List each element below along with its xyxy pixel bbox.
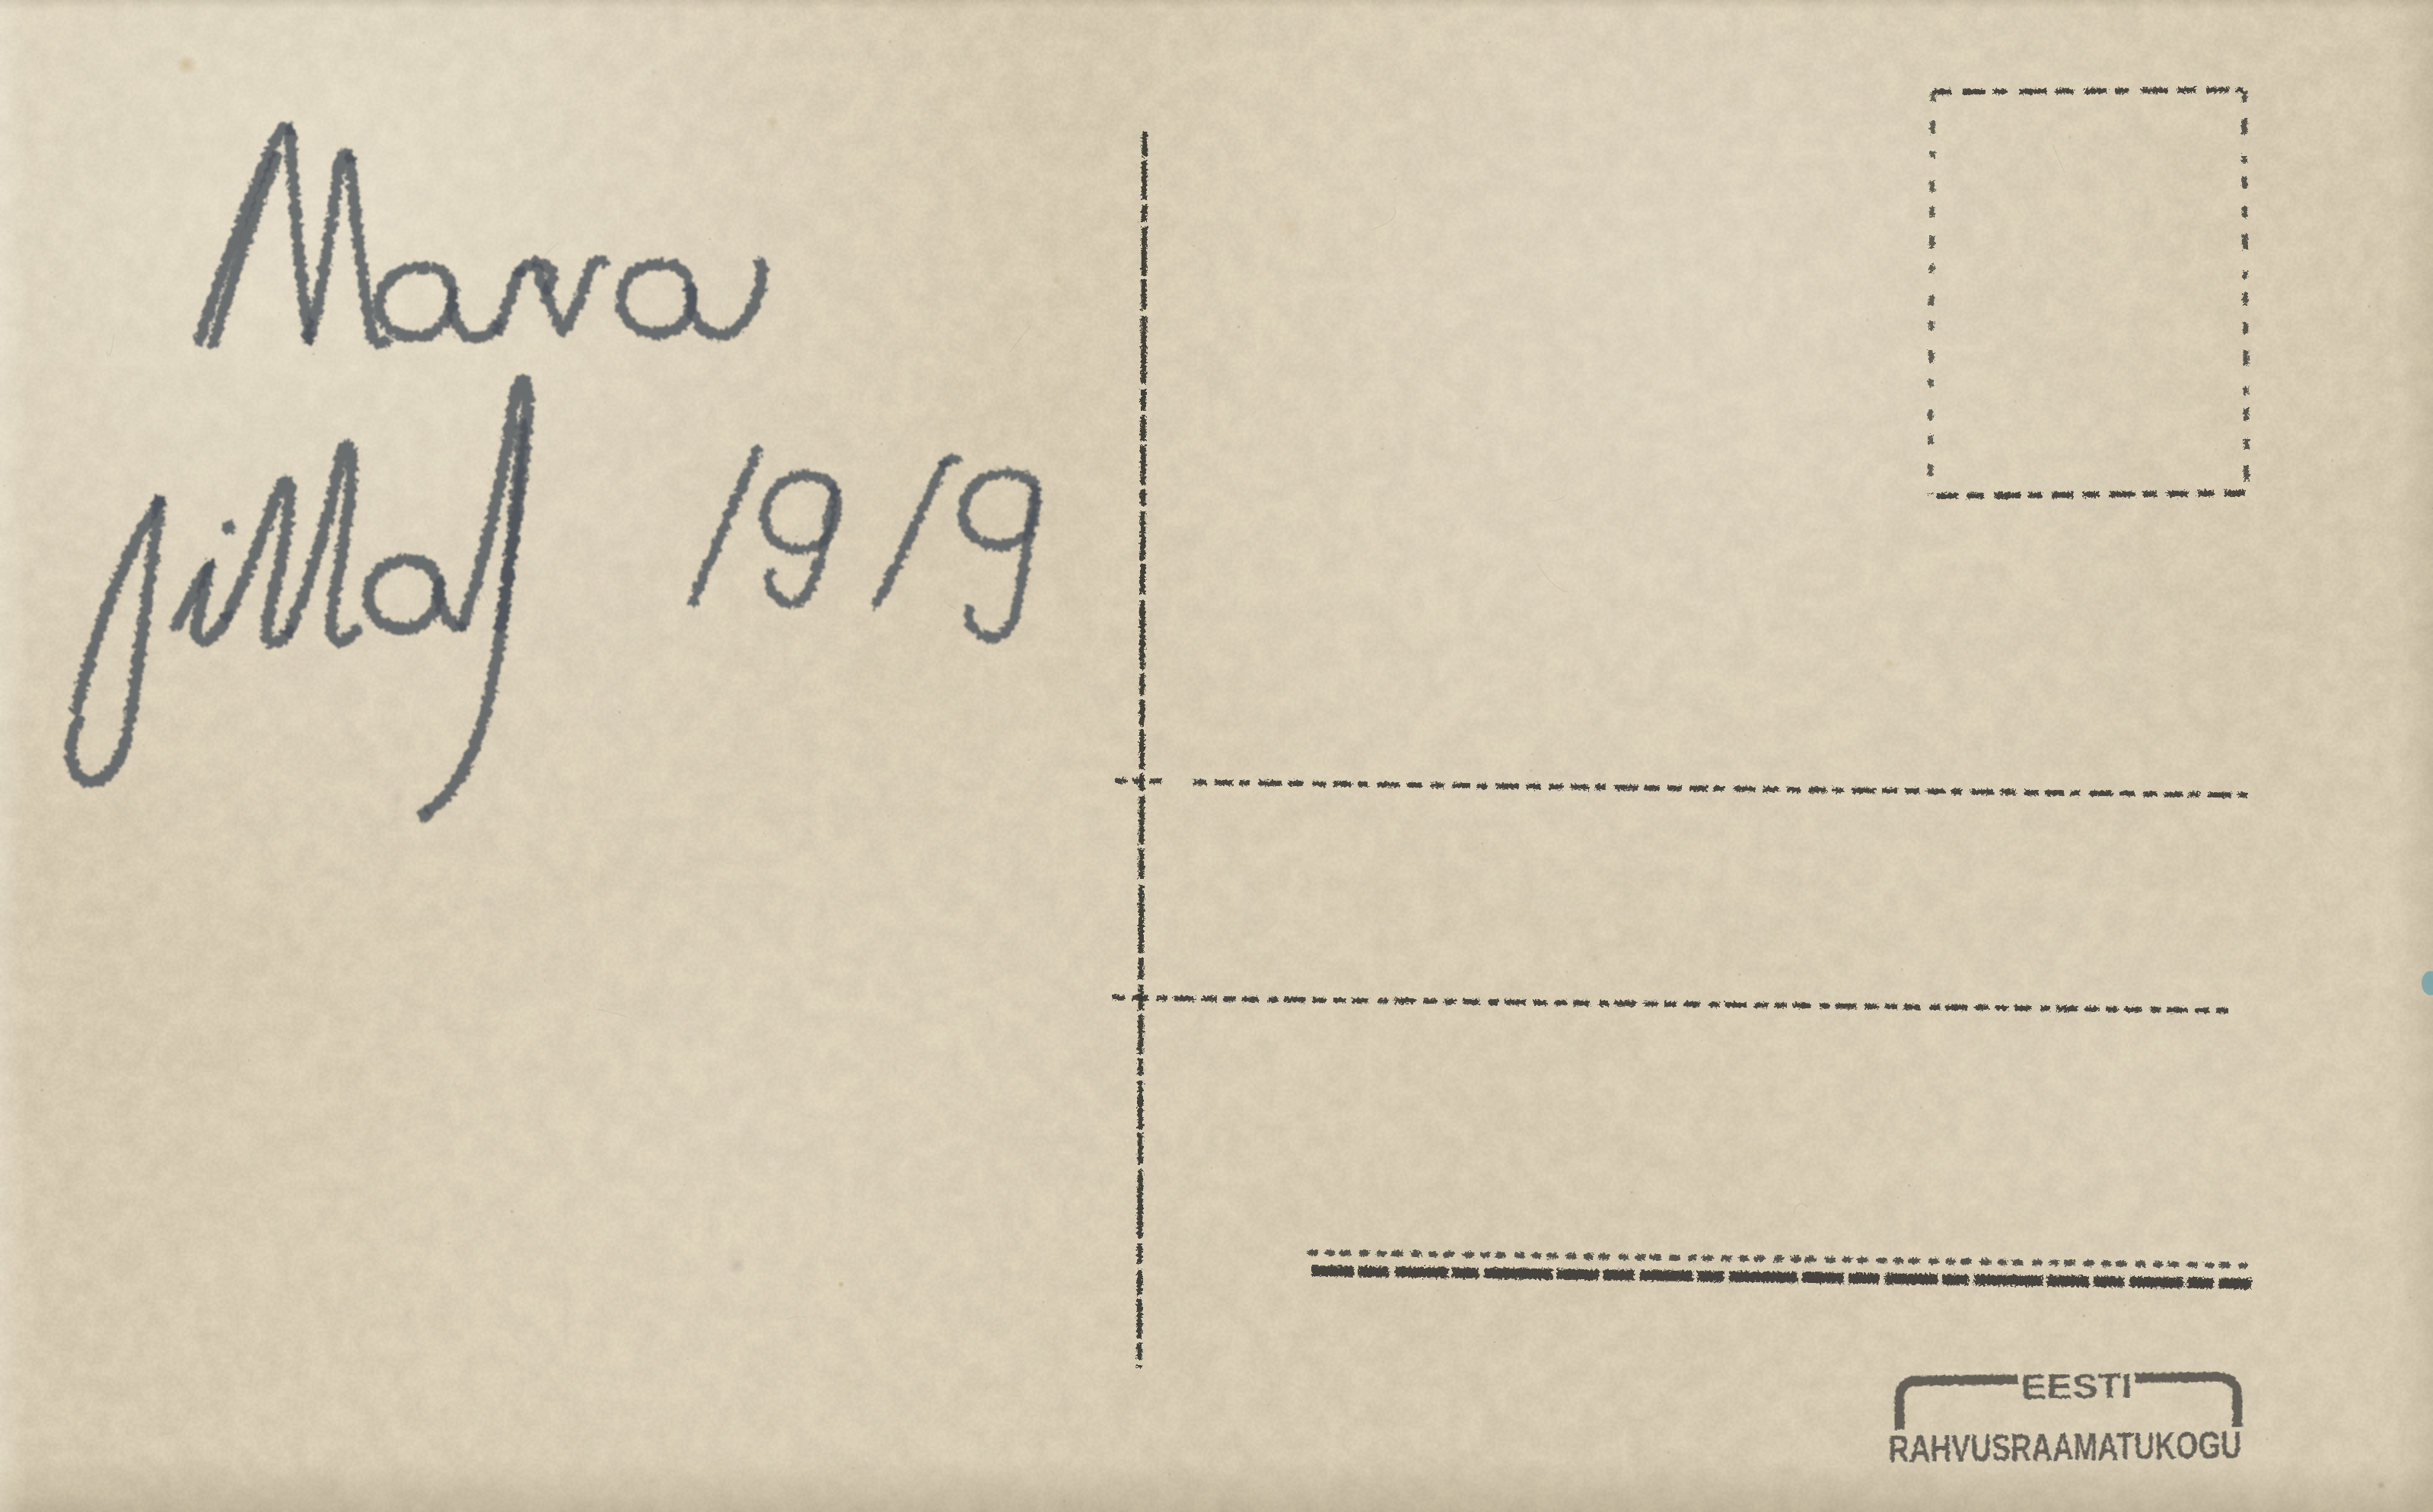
pencil-stroke [1673,1370,1714,1475]
library-stamp-bracket-right [2135,1377,2237,1428]
pencil-stroke [1650,1400,1659,1452]
stamp-box [1930,90,2247,496]
postcard-back-scan: EESTI RAHVUSRAAMATUKOGU [0,0,2433,1512]
pencil-stroke [621,265,692,333]
pencil-stroke [1601,1397,1607,1449]
library-stamp-line1: EESTI [2021,1366,2132,1407]
address-line-1-stub [1115,781,1166,781]
pencil-stroke [1766,1408,1772,1434]
pencil-stroke [227,480,290,642]
blue-ink-mark [2422,971,2433,995]
pencil-stroke [691,263,762,336]
pencil-stroke [1730,1406,1737,1453]
pencil-crumb [423,814,426,816]
pencil-stroke [368,560,439,628]
pencil-stroke [1629,1399,1635,1434]
pencil-digit-9 [969,489,1035,638]
handwriting-pencil [71,128,1037,816]
stamp-box-top [1934,90,2244,92]
pencil-stroke [452,292,497,339]
printed-rules [1113,90,2251,1367]
pencil-stroke [71,501,160,781]
library-stamp-line2: RAHVUSRAAMATUKOGU [1888,1424,2242,1471]
pencil-digit-1 [877,464,944,604]
divider-line [1139,131,1145,1367]
library-stamp: EESTI RAHVUSRAAMATUKOGU [1887,1364,2242,1471]
pencil-stroke [309,154,350,339]
address-line-2 [1113,998,2230,1011]
address-line-1 [1193,782,2247,795]
stamp-box-bottom [1937,493,2245,496]
pencil-stroke [379,268,452,336]
pencil-digit-1 [693,450,758,603]
pencil-stroke [290,130,309,339]
pencil-stroke [498,272,519,330]
pencil-stroke [1770,1405,1801,1408]
stamp-box-right [2244,91,2247,495]
pencil-stroke [1629,1418,1659,1423]
library-stamp-bracket-left [1899,1380,2018,1430]
address-line-3-bar [1312,1271,2251,1284]
pencil-stroke [213,155,277,344]
pencil-stroke [288,445,356,641]
handwriting-number [1601,1370,1801,1475]
stamp-box-left [1930,93,1933,495]
handwriting-caption-line2 [71,380,1037,816]
handwriting-year [693,450,1037,638]
address-line-3-dots [1310,1253,2245,1265]
pencil-i-dot [228,527,231,528]
pencil-digit-1 [944,459,957,464]
postcard-artwork: EESTI RAHVUSRAAMATUKOGU [0,0,2433,1512]
pencil-stroke [1756,1431,1796,1466]
handwriting-caption-line1 [199,128,762,344]
